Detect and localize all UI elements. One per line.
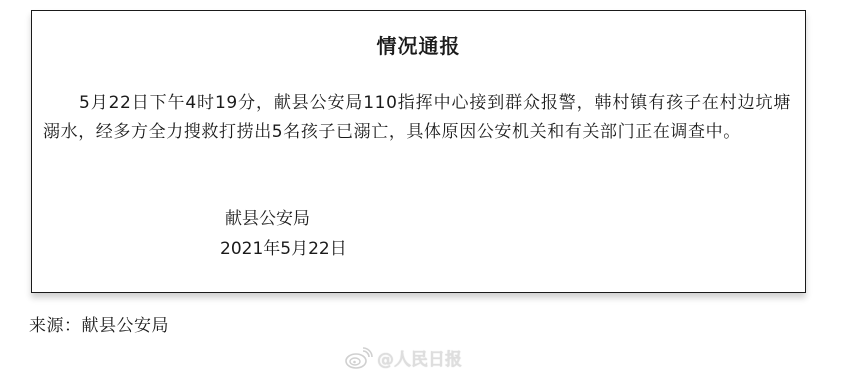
signature-org: 献县公安局 — [220, 204, 347, 234]
weibo-icon — [345, 347, 373, 369]
signature-date: 2021年5月22日 — [220, 234, 347, 264]
watermark: @人民日报 — [345, 345, 462, 370]
source-caption: 来源：献县公安局 — [29, 311, 169, 336]
signature-block: 献县公安局 2021年5月22日 — [220, 204, 347, 264]
notice-document: 情况通报 5月22日下午4时19分，献县公安局110指挥中心接到群众报警，韩村镇… — [31, 10, 806, 293]
notice-body: 5月22日下午4时19分，献县公安局110指挥中心接到群众报警，韩村镇有孩子在村… — [43, 89, 791, 147]
notice-title: 情况通报 — [32, 30, 805, 59]
watermark-text: @人民日报 — [377, 345, 462, 370]
